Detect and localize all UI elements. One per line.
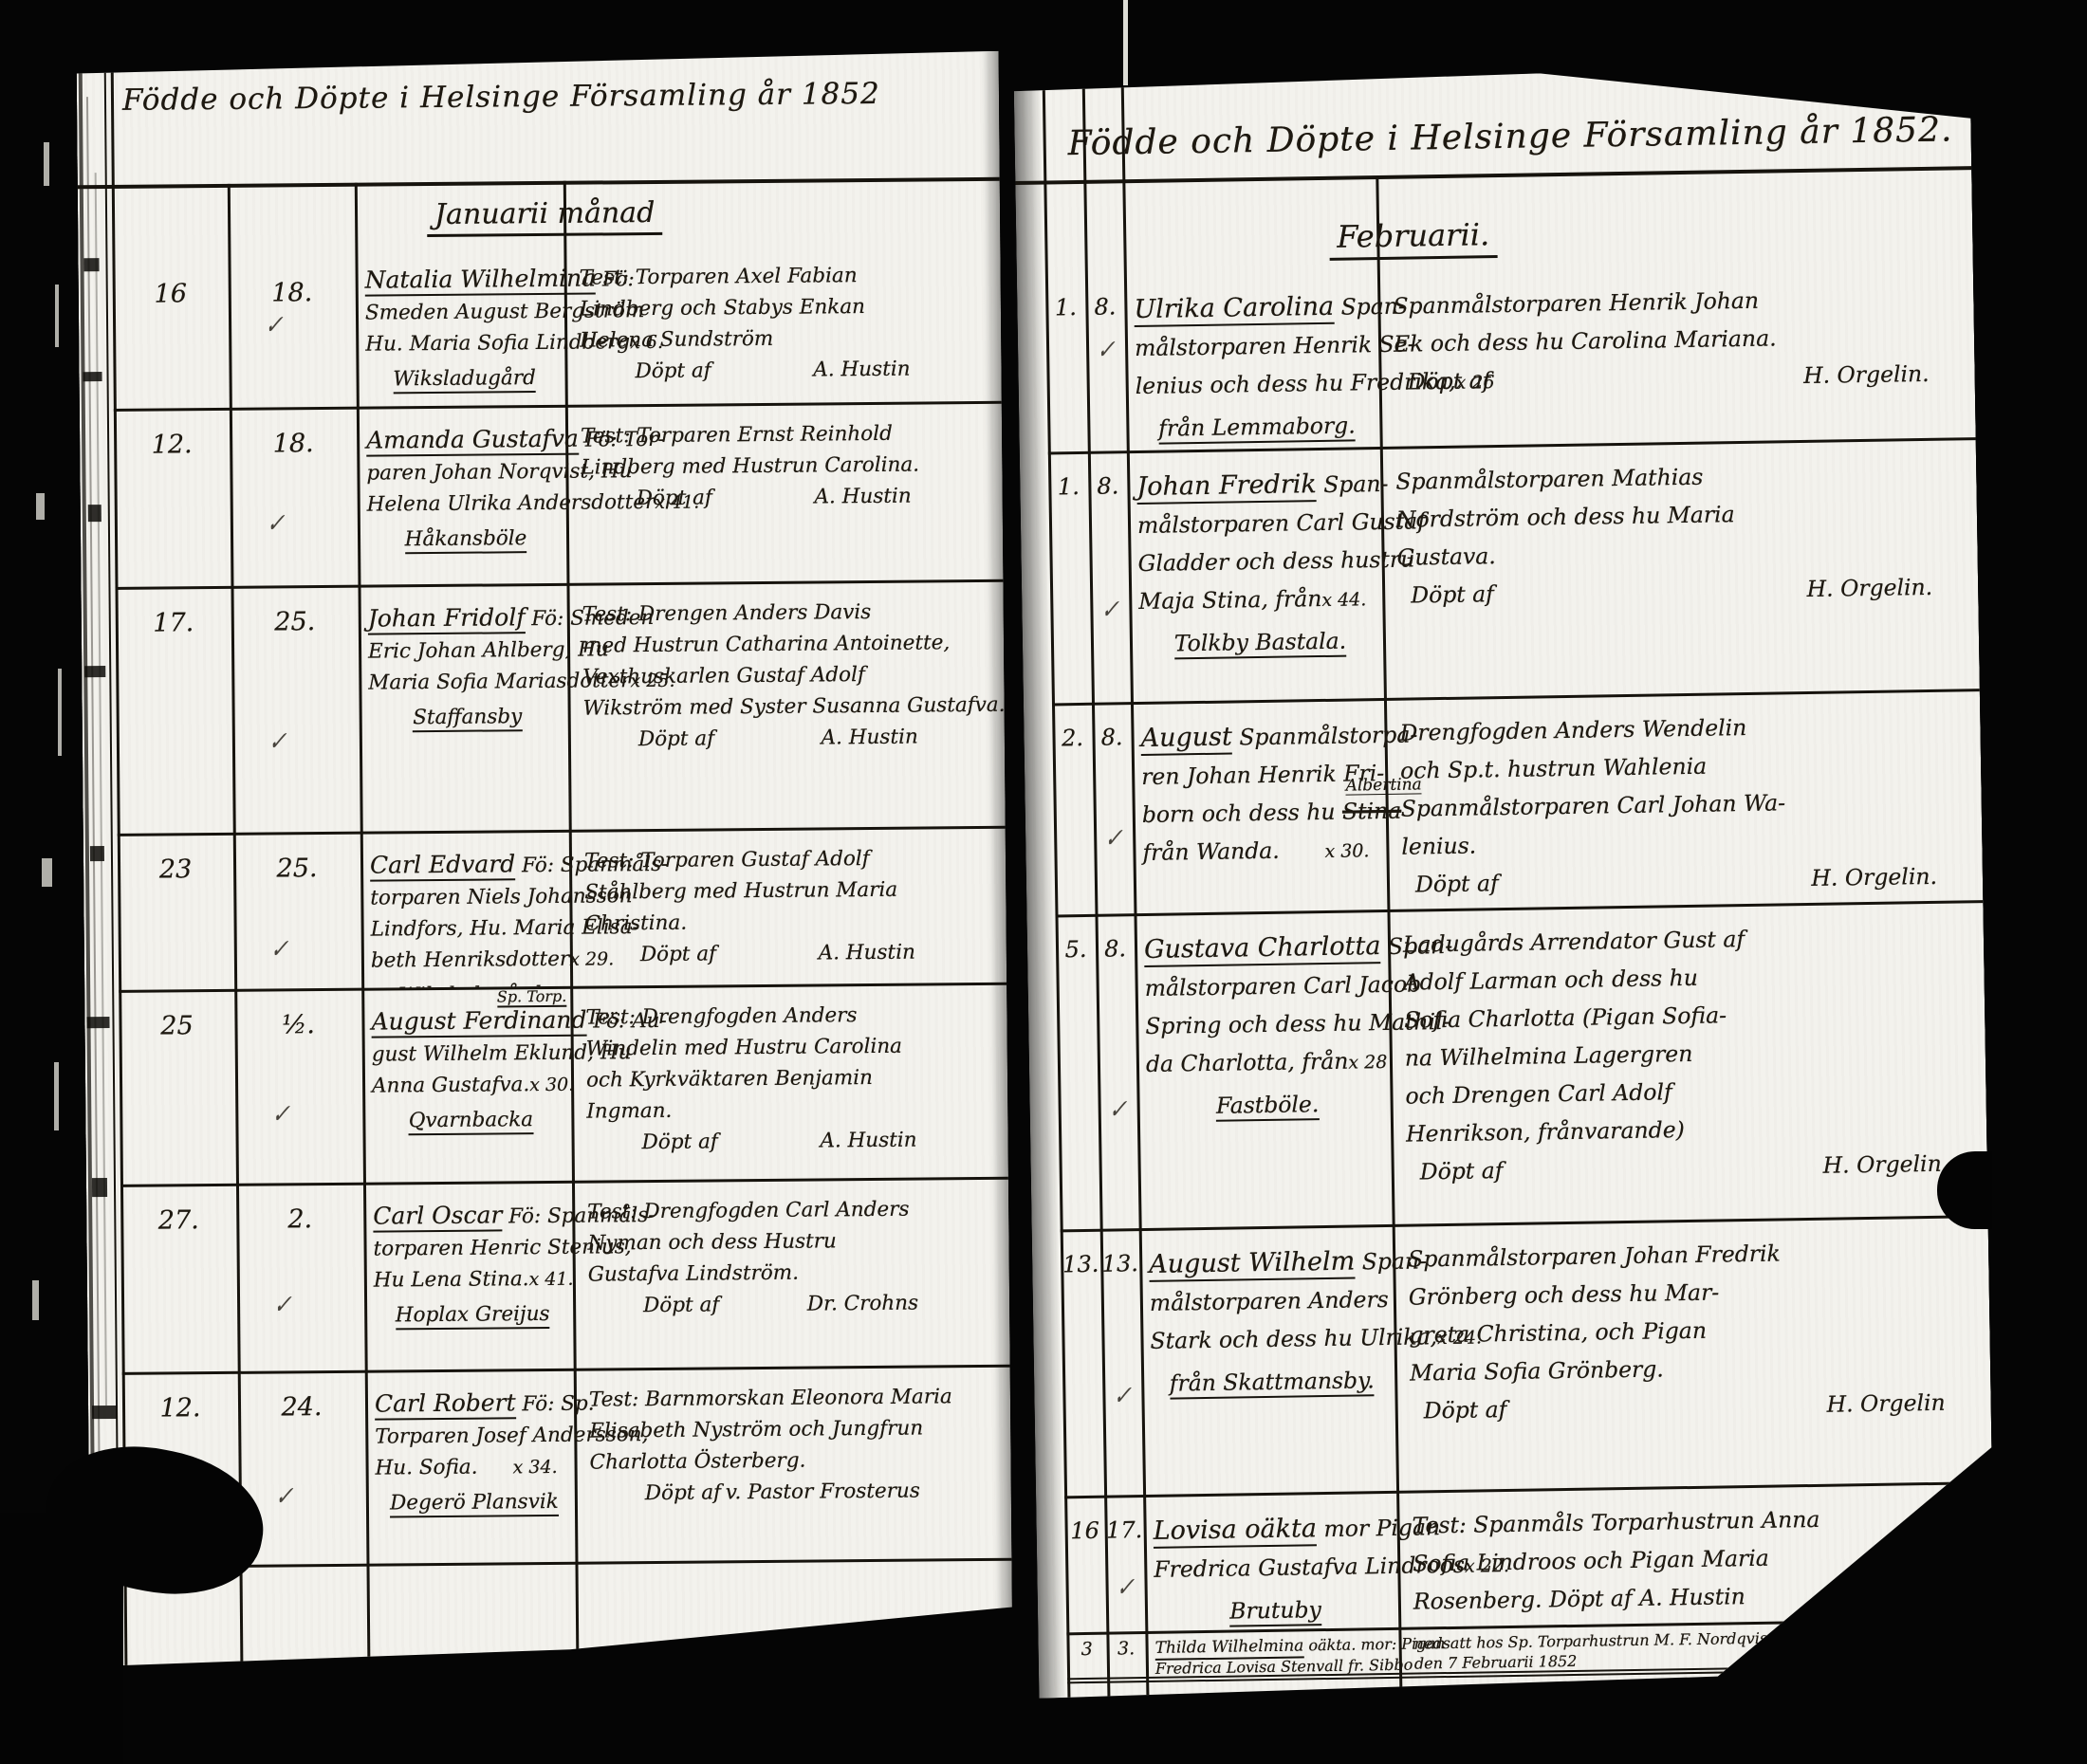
baptism-day: 24. [238, 1392, 365, 1423]
witness-line: Test: Torparen Gustaf Adolf [584, 842, 1002, 877]
parents-text: målstorparen Henrik Se-lenius och dess h… [1135, 325, 1377, 407]
witnesses-text: Test: Torparen Gustaf AdolfStåhlberg med… [584, 842, 1003, 940]
parents-line: Torparen Josef Andersson, [375, 1420, 572, 1453]
parents-line: Maja Stina, frånx 44. [1138, 579, 1381, 622]
baptism-date-cell: 13. ✓ [1100, 1231, 1143, 1496]
witnesses-text: Spanmålstorparen MathiasNordström och de… [1395, 453, 1974, 577]
child-name: Johan Fredrik [1136, 469, 1317, 505]
baptism-date-cell: 17. ✓ [1104, 1498, 1145, 1632]
village-line: Brutuby [1154, 1589, 1397, 1631]
parents-text: paren Johan Norqvist, HuHelena Ulrika An… [366, 456, 564, 522]
parents-line: målstorparen Carl Gustaf [1137, 503, 1380, 544]
child-entry-cell: Carl Oscar Fö: Spanmåls- torparen Henric… [363, 1184, 574, 1370]
born-day: 23 [118, 854, 233, 885]
witnesses-cell: Test: Barnmorskan Eleonora MariaElisabet… [574, 1368, 1012, 1562]
baptism-date-cell: 8. ✓ [1083, 181, 1126, 451]
register-row: 13. 13. ✓ August Wilhelm Span- målstorpa… [1061, 1218, 1992, 1498]
baptized-by-label: Döpt af [1423, 1390, 1506, 1429]
baptism-day: 18. [230, 429, 357, 459]
left-page: Födde och Döpte i Helsinge Församling år… [77, 51, 1013, 1666]
witness-line: Sofia Lindroos och Pigan Maria [1413, 1535, 1990, 1583]
witness-line: Test: Spanmåls Torparhustrun Anna [1412, 1498, 1989, 1545]
witness-line: Test: Barnmorskan Eleonora Maria [589, 1381, 1007, 1416]
child-name-line: Carl Edvard Fö: Spanmåls- [370, 848, 567, 883]
witness-line: Vexthuskarlen Gustaf Adolf [582, 658, 1005, 693]
born-day: 16 [113, 279, 229, 309]
witnesses-cell: Test: Torparen Ernst ReinholdLindberg me… [565, 404, 1004, 583]
child-name: August Ferdinand [371, 1006, 586, 1038]
baptized-by-line: Döpt af v. Pastor Frosterus [590, 1475, 1007, 1510]
born-date-cell: 17. [116, 589, 233, 834]
binding-mark [83, 258, 99, 271]
baptism-date-cell: 2. ✓ [236, 1185, 365, 1371]
margin-speck [55, 285, 59, 347]
margin-speck [58, 669, 62, 756]
witness-line: Gustafva Lindström. [588, 1256, 1006, 1291]
check-mark: ✓ [266, 510, 286, 539]
witnesses-text: Spanmålstorparen Henrik JohanEk och dess… [1393, 278, 1970, 363]
witness-line: Test: Drengfogden Anders [585, 999, 1003, 1034]
check-mark: ✓ [1113, 1382, 1132, 1410]
baptized-by-label: Döpt af [1415, 864, 1499, 903]
baptized-by-line: Döpt af A. Hustin [582, 480, 999, 515]
binding-mark [86, 1017, 109, 1028]
parents-line: Hu. Maria Sofia Lindbergx 6. [365, 327, 563, 361]
parents-line: gust Wilhelm Eklund, Hu [372, 1038, 569, 1071]
officiant-name: H. Orgelin. [1811, 857, 1937, 897]
check-mark: ✓ [1097, 336, 1116, 364]
child-entry-cell: Lovisa oäkta mor Pigan Fredrica Gustafva… [1143, 1494, 1398, 1631]
baptism-day: 8. [1096, 935, 1135, 963]
witnesses-cell: Test: Torparen Axel FabianLindberg och S… [563, 177, 1002, 405]
child-name: Carl Robert [375, 1388, 516, 1420]
parents-line: Hu. Sofia.x 34. [375, 1451, 572, 1485]
child-name-line: Gustava Charlotta Span- [1144, 928, 1387, 969]
right-rows: 1. 8. ✓ Ulrika Carolina Span- målstorpar… [1043, 168, 1995, 1683]
register-row: 23 25. ✓ Carl Edvard Fö: Spanmåls- torpa… [118, 829, 1007, 993]
baptism-date-cell: 25. ✓ [233, 835, 362, 993]
officiant-name: A. Hustin [820, 1125, 916, 1157]
baptized-by-line: Döpt af H. Orgelin [1406, 1144, 1984, 1191]
page-title: Födde och Döpte i Helsinge Församling år… [77, 76, 999, 118]
witnesses-text: nedsatt hos Sp. Torparhustrun M. F. Nord… [1413, 1625, 1991, 1674]
baptized-by-label: Döpt af [635, 355, 711, 387]
check-mark: ✓ [1117, 1573, 1136, 1602]
parents-line: Stark och dess hu Ulrika,x 24. [1150, 1318, 1393, 1362]
witnesses-text: Test: Torparen Axel FabianLindberg och S… [580, 259, 998, 357]
witnesses-cell: Spanmålstorparen MathiasNordström och de… [1380, 440, 1980, 698]
check-mark: ✓ [270, 1100, 290, 1129]
born-date-cell: 3 [1066, 1635, 1107, 1681]
village-name: Brutuby [1229, 1596, 1321, 1627]
register-row: 2. 8. ✓ August Spanmålstorpa- ren Johan … [1052, 691, 1983, 917]
witness-line: Helena Sundström [580, 322, 997, 357]
witnesses-text: Test: Barnmorskan Eleonora MariaElisabet… [589, 1381, 1007, 1479]
margin-note: Sp. Torp. [497, 987, 567, 1008]
register-row: 1. 8. ✓ Ulrika Carolina Span- målstorpar… [1043, 168, 1975, 454]
child-name-line: August Wilhelm Span- [1149, 1242, 1392, 1284]
witness-line: Ståhlberg med Hustrun Maria [584, 873, 1002, 909]
baptized-by-line: Döpt af A. Hustin [583, 721, 1006, 756]
parents-text: torparen Niels JohanssonLindfors, Hu. Ma… [370, 881, 568, 978]
witnesses-cell: nedsatt hos Sp. Torparhustrun M. F. Nord… [1398, 1621, 1995, 1675]
born-date-cell: 5. [1056, 917, 1100, 1230]
village-name: från Lemmaborg. [1158, 412, 1356, 444]
born-date-cell: 23 [118, 836, 235, 993]
child-entry-cell: August Spanmålstorpa- ren Johan Henrik F… [1131, 701, 1387, 913]
born-day: 12. [122, 1393, 238, 1424]
parents-line: Helena Ulrika Andersdotterx 41. [367, 487, 564, 522]
baptized-by-label: Döpt af [640, 938, 716, 970]
parents-line: från Wanda.x 30. [1142, 830, 1385, 873]
entry-continuation: Span- [1323, 470, 1389, 498]
child-name: Ulrika Carolina [1134, 292, 1334, 327]
officiant-name: H. Orgelin [1822, 1145, 1942, 1185]
child-entry-cell: Ulrika Carolina Span- målstorparen Henri… [1122, 177, 1379, 450]
check-mark: ✓ [1109, 1095, 1128, 1124]
witness-line: Nyman och dess Hustru [587, 1224, 1005, 1259]
baptized-by-label: Döpt af [643, 1289, 719, 1321]
born-date-cell: 12. [122, 1374, 240, 1566]
witness-line: Rosenberg. Döpt af A. Hustin [1413, 1573, 1991, 1621]
officiant-name: Dr. Crohns [807, 1288, 919, 1320]
parents-line: paren Johan Norqvist, Hu [366, 456, 563, 489]
village-name: Degerö Plansvik [390, 1490, 559, 1518]
witnesses-text: Test: Drengfogden Carl AndersNyman och d… [587, 1193, 1006, 1291]
child-name-line: Johan Fredrik Span- [1136, 465, 1379, 506]
parents-text: gust Wilhelm Eklund, HuAnna Gustafva.x 3… [372, 1038, 570, 1103]
child-name: Carl Oscar [373, 1201, 502, 1232]
parents-line: Lindfors, Hu. Maria Elisa- [371, 912, 568, 946]
witnesses-text: Test: Spanmåls Torparhustrun AnnaSofia L… [1412, 1498, 1990, 1621]
witness-line: Wikström med Syster Susanna Gustafva. [582, 689, 1005, 725]
village-line: Hoplax Greijus [374, 1298, 571, 1332]
parents-line: Eric Johan Ahlberg, Hu [368, 634, 565, 668]
parents-line: beth Henriksdotterx 29. [371, 944, 568, 978]
binding-mark [88, 505, 102, 522]
witness-line: Charlotta Österberg. [589, 1443, 1007, 1479]
parents-text: Fredrica Lovisa Stenvall fr. Sibbo [1155, 1655, 1397, 1679]
child-name-line: Johan Fridolf Fö: Smeden [368, 601, 565, 636]
child-name: Amanda Gustafva [366, 425, 579, 457]
parents-line: Spring och dess hu Mathil- [1145, 1003, 1388, 1045]
witnesses-cell: Spanmålstorparen Henrik JohanEk och dess… [1376, 168, 1975, 447]
check-mark: ✓ [1100, 596, 1119, 624]
village-name: Fastböle. [1216, 1091, 1320, 1122]
check-mark: ✓ [268, 727, 287, 756]
witnesses-text: Test: Drengfogden AndersWindelin med Hus… [585, 999, 1004, 1128]
binding-mark [83, 372, 102, 381]
village-line: från Lemmaborg. [1136, 406, 1378, 448]
binding-mark [90, 846, 104, 861]
born-date-cell: 13. [1061, 1232, 1104, 1497]
child-name-line: Amanda Gustafva Fö: Tor- [366, 423, 563, 458]
village-name: Qvarnbacka [409, 1108, 533, 1135]
page-title: Födde och Döpte i Helsinge Församling år… [1014, 110, 1971, 164]
village-line: Wiksladugård [365, 362, 563, 395]
binding-mark [84, 666, 105, 677]
parents-text: Eric Johan Ahlberg, HuMaria Sofia Marias… [368, 634, 566, 700]
witness-line: med Hustrun Catharina Antoinette, [582, 627, 1005, 662]
child-name-line: Carl Robert Fö: Sp. [375, 1387, 572, 1422]
parents-text: Smeden August BergströmHu. Maria Sofia L… [365, 296, 563, 361]
witnesses-cell: Ladugårds Arrendator Gust afAdolf Larman… [1387, 903, 1987, 1224]
parents-text: ren Johan Henrik Fri-born och dess hu Al… [1141, 754, 1385, 873]
baptized-by-label: Döpt af [637, 482, 712, 514]
parents-line: da Charlotta, frånx 28 [1146, 1041, 1389, 1085]
officiant-name: H. Orgelin. [1803, 355, 1930, 395]
child-name-line: Ulrika Carolina Span- [1134, 287, 1376, 329]
officiant-name: H. Orgelin [1826, 1384, 1946, 1424]
baptism-day: 18. [229, 278, 356, 308]
baptism-date-cell: ½. ✓ [234, 991, 363, 1184]
baptized-by-label: Döpt af [1407, 361, 1490, 400]
parents-text: målstorparen Carl GustafGladder och dess… [1137, 503, 1381, 622]
born-date-cell: 16 [1064, 1498, 1106, 1633]
born-day: 27. [120, 1205, 236, 1236]
born-day: 12. [114, 430, 230, 460]
baptism-day: 8. [1088, 472, 1127, 500]
officiant-name: A. Hustin [813, 354, 910, 386]
witness-line: Christina. [584, 905, 1002, 940]
register-row: 12. 18. ✓ Amanda Gustafva Fö: Tor- paren… [114, 404, 1004, 590]
born-date-cell: 27. [120, 1186, 238, 1372]
baptism-date-cell: 18. ✓ [228, 183, 357, 408]
witnesses-text: Ladugårds Arrendator Gust afAdolf Larman… [1403, 916, 1984, 1153]
born-day: 16 [1064, 1517, 1104, 1545]
witnesses-cell: Test: Spanmåls Torparhustrun AnnaSofia L… [1396, 1484, 1994, 1627]
born-day: 13. [1061, 1251, 1100, 1278]
witnesses-cell: Test: Torparen Gustaf AdolfStåhlberg med… [569, 829, 1007, 993]
child-entry-cell: Gustava Charlotta Span- målstorparen Car… [1135, 912, 1393, 1228]
witnesses-text: Spanmålstorparen Johan FredrikGrönberg o… [1408, 1231, 1986, 1392]
child-entry-cell: August Wilhelm Span- målstorparen Anders… [1139, 1227, 1396, 1495]
witness-line: Test: Torparen Axel Fabian [580, 259, 997, 294]
left-rows: 16 18. ✓ Natalia Wilhelmina Fö: Smeden A… [112, 177, 1012, 1569]
parents-line: Fredrica Gustafva Lindroosx 22. [1154, 1547, 1396, 1590]
register-row: 25 ½. ✓ Sp. Torp. August Ferdinand Fö: A… [119, 985, 1008, 1187]
child-name-line: August Spanmålstorpa- [1140, 716, 1383, 758]
baptism-date-cell: 8. ✓ [1092, 705, 1134, 914]
child-name-line: Carl Oscar Fö: Spanmåls- [373, 1199, 570, 1234]
register-row: 1. 8. ✓ Johan Fredrik Span- målstorparen… [1048, 440, 1980, 706]
child-entry-cell: Carl Edvard Fö: Spanmåls- torparen Niels… [360, 833, 571, 993]
born-day: 1. [1048, 473, 1088, 501]
margin-speck [32, 1280, 39, 1320]
born-date-cell: 1. [1048, 454, 1092, 704]
parents-text: målstorparen AndersStark och dess hu Ulr… [1150, 1280, 1393, 1362]
child-entry-cell: Sp. Torp. August Ferdinand Fö: Au- gust … [361, 989, 572, 1183]
child-entry-cell: Amanda Gustafva Fö: Tor- paren Johan Nor… [357, 408, 567, 585]
margin-speck [44, 142, 49, 186]
baptism-day: 25. [231, 607, 359, 637]
child-name: August Wilhelm [1149, 1247, 1356, 1282]
born-day: 5. [1056, 936, 1096, 964]
born-day: 17. [116, 608, 231, 638]
child-name-line: August Ferdinand Fö: Au- [371, 1004, 568, 1039]
village-line: Tolkby Bastala. [1139, 621, 1382, 663]
village-name: Wiksladugård [393, 366, 536, 394]
binding-mark [92, 1406, 117, 1419]
witnesses-text: Drengfogden Anders Wendelinoch Sp.t. hus… [1399, 705, 1978, 866]
baptism-day: 3. [1106, 1638, 1145, 1660]
parents-line: lenius och dess hu Fredrika,x 26 [1135, 363, 1377, 407]
witnesses-cell: Spanmålstorparen Johan FredrikGrönberg o… [1393, 1218, 1992, 1491]
child-name: Carl Edvard [370, 850, 515, 881]
baptized-by-line: Döpt af A. Hustin [585, 936, 1003, 971]
parents-line: Hu Lena Stina.x 41. [374, 1263, 571, 1297]
margin-speck [42, 858, 52, 887]
register-row: 17. 25. ✓ Johan Fridolf Fö: Smeden Eric … [116, 582, 1006, 836]
baptized-by-label: Döpt af [638, 723, 714, 755]
baptized-by-line: Döpt af H. Orgelin. [1402, 856, 1980, 904]
born-date-cell: 1. [1043, 182, 1087, 452]
parents-line: born och dess hu AlbertinaStina [1142, 792, 1385, 834]
village-line: från Skattmansby. [1151, 1361, 1394, 1403]
parents-line: Smeden August Bergström [365, 296, 563, 329]
witnesses-cell: Test: Drengfogden AndersWindelin med Hus… [570, 985, 1008, 1181]
baptized-by-line: Döpt af Dr. Crohns [588, 1287, 1006, 1322]
village-name: Tolkby Bastala. [1174, 628, 1347, 660]
check-mark: ✓ [1104, 824, 1123, 853]
baptized-by-label: Döpt af [1419, 1151, 1503, 1190]
parents-line: målstorparen Carl Jacob [1144, 965, 1387, 1007]
check-mark: ✓ [272, 1291, 292, 1319]
officiant-name: A. Hustin [814, 481, 911, 513]
binding-mark [92, 1178, 107, 1197]
child-entry-cell: Johan Fredrik Span- målstorparen Carl Gu… [1127, 450, 1384, 702]
baptism-day: ½. [234, 1010, 361, 1040]
baptism-day: 25. [233, 854, 360, 884]
parents-text: målstorparen Carl JacobSpring och dess h… [1144, 965, 1388, 1085]
baptism-date-cell: 24. ✓ [238, 1373, 367, 1565]
baptism-day: 2. [236, 1204, 363, 1235]
village-line: Qvarnbacka [372, 1104, 569, 1137]
village-name: Staffansby [413, 705, 522, 732]
witness-line: Test: Drengen Anders Davis [582, 596, 1005, 631]
parents-line: torparen Niels Johansson [370, 881, 567, 914]
witness-line: Windelin med Hustru Carolina [586, 1030, 1004, 1065]
village-line: Degerö Plansvik [376, 1486, 573, 1519]
baptism-date-cell: 3. [1106, 1634, 1146, 1680]
check-mark: ✓ [274, 1482, 294, 1511]
register-row: 27. 2. ✓ Carl Oscar Fö: Spanmåls- torpar… [120, 1180, 1010, 1375]
baptized-by-line: Döpt af H. Orgelin [1410, 1383, 1987, 1430]
margin-speck [54, 1062, 59, 1130]
born-day: 1. [1045, 294, 1085, 322]
village-name: från Skattmansby. [1170, 1367, 1375, 1399]
reference-number: x 44. [1321, 580, 1382, 619]
parents-line: Maria Sofia Mariasdotterx 25. [368, 666, 565, 700]
born-day: 25 [119, 1011, 234, 1041]
baptism-date-cell: 18. ✓ [230, 410, 359, 586]
child-entry-cell: Thilda Wilhelmina oäkta. mor: Pigan Fred… [1145, 1630, 1399, 1679]
baptized-by-line: Döpt af H. Orgelin. [1394, 354, 1971, 401]
baptized-by-line: Döpt af A. Hustin [586, 1124, 1004, 1159]
village-line: Staffansby [369, 701, 566, 734]
child-entry-cell: Johan Fridolf Fö: Smeden Eric Johan Ahlb… [358, 586, 568, 832]
parents-text: Torparen Josef Andersson,Hu. Sofia.x 34. [375, 1420, 573, 1485]
officiant-name: A. Hustin [819, 937, 915, 969]
scanned-parish-register: { "colors": {"background": "#050505", "p… [0, 0, 2087, 1764]
witnesses-cell: Test: Drengfogden Carl AndersNyman och d… [572, 1180, 1010, 1369]
village-name: Hoplax Greijus [396, 1302, 550, 1330]
witnesses-text: Test: Torparen Ernst ReinholdLindberg me… [581, 417, 999, 484]
spine-highlight-line [1123, 0, 1128, 85]
witnesses-cell: Test: Drengen Anders Davismed Hustrun Ca… [566, 582, 1005, 830]
child-entry-cell: Carl Robert Fö: Sp. Torparen Josef Ander… [365, 1371, 576, 1564]
parents-line: målstorparen Anders [1150, 1280, 1393, 1322]
witness-line: Lindberg och Stabys Enkan [580, 290, 997, 325]
baptized-by-label: Döpt af [645, 1477, 721, 1509]
village-line: Fastböle. [1146, 1084, 1389, 1126]
child-entry-cell: Natalia Wilhelmina Fö: Smeden August Ber… [355, 181, 565, 407]
baptized-by-label: Döpt af [1411, 575, 1494, 614]
register-row: 12. 24. ✓ Carl Robert Fö: Sp. Torparen J… [122, 1368, 1012, 1569]
baptism-day: 8. [1092, 724, 1131, 751]
born-date-cell: 25 [119, 992, 236, 1185]
born-day: 3 [1066, 1639, 1106, 1661]
village-name: Håkansböle [405, 526, 527, 554]
baptism-day: 13. [1100, 1250, 1139, 1277]
witness-line: Elisabeth Nyström och Jungfrun [589, 1412, 1007, 1447]
baptism-date-cell: 8. ✓ [1088, 453, 1131, 703]
baptism-date-cell: 8. ✓ [1096, 916, 1139, 1229]
parents-line: Gladder och dess hustru [1137, 541, 1380, 582]
witness-line: Ingman. [586, 1093, 1004, 1128]
baptism-day: 17. [1104, 1516, 1143, 1544]
child-name: Natalia Wilhelmina [365, 265, 597, 297]
baptism-day: 8. [1085, 293, 1124, 321]
witness-line: Test: Torparen Ernst Reinhold [581, 417, 998, 452]
witness-line: Test: Drengfogden Carl Anders [587, 1193, 1005, 1228]
child-name: August [1140, 722, 1232, 756]
child-name: Gustava Charlotta [1144, 931, 1381, 967]
child-name: Lovisa oäkta [1153, 1514, 1317, 1549]
child-name: Johan Fridolf [368, 603, 526, 634]
parents-text: torparen Henric Stenius,Hu Lena Stina.x … [373, 1232, 571, 1297]
right-page: Födde och Döpte i Helsinge Församling år… [1014, 66, 1996, 1699]
parents-text: Fredrica Gustafva Lindroosx 22. [1154, 1547, 1396, 1590]
register-row: 16 17. ✓ Lovisa oäkta mor Pigan Fredrica… [1064, 1484, 1994, 1635]
baptized-by-label: Döpt af [641, 1126, 717, 1158]
check-mark: ✓ [269, 936, 289, 965]
register-row: 5. 8. ✓ Gustava Charlotta Span- målstorp… [1056, 903, 1988, 1232]
parents-line: torparen Henric Stenius, [373, 1232, 570, 1265]
parents-line: Fredrica Lovisa Stenvall fr. Sibbo [1155, 1655, 1397, 1679]
parents-line: målstorparen Henrik Se- [1135, 325, 1377, 367]
baptized-by-line: Döpt af H. Orgelin. [1397, 567, 1975, 615]
reference-number: x 30. [1324, 832, 1385, 871]
baptized-by-line: Döpt af A. Hustin [580, 353, 997, 388]
officiant-name: H. Orgelin. [1806, 568, 1932, 608]
check-mark: ✓ [264, 311, 284, 340]
born-date-cell: 2. [1052, 706, 1095, 915]
child-name-line: Lovisa oäkta mor Pigan [1153, 1509, 1395, 1551]
margin-speck [36, 493, 45, 520]
child-name-line: Natalia Wilhelmina Fö: [365, 263, 563, 298]
witness-line: Lindberg med Hustrun Carolina. [581, 449, 998, 484]
register-row: 16 18. ✓ Natalia Wilhelmina Fö: Smeden A… [112, 177, 1002, 412]
witnesses-text: Test: Drengen Anders Davismed Hustrun Ca… [582, 596, 1006, 725]
reference-number: x 34. [512, 1452, 572, 1484]
born-day: 2. [1052, 725, 1092, 752]
officiant-name: A. Hustin [821, 722, 917, 754]
baptism-date-cell: 25. ✓ [231, 588, 360, 833]
village-line: Håkansböle [367, 523, 564, 556]
witness-line: och Kyrkväktaren Benjamin [586, 1061, 1004, 1096]
officiant-name: v. Pastor Frosterus [726, 1476, 920, 1509]
